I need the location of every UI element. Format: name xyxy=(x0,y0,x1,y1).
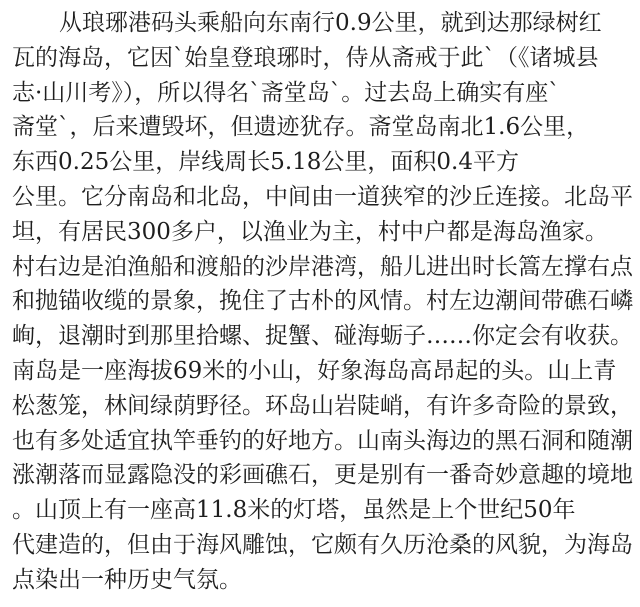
text-line: 坦，有居民300多户，以渔业为主，村中户都是海岛渔家。 xyxy=(12,215,632,250)
document-body: 从琅琊港码头乘船向东南行0.9公里，就到达那绿树红 瓦的海岛，它因`始皇登琅琊时… xyxy=(12,6,632,598)
text-line: 也有多处适宜执竿垂钓的好地方。山南头海边的黑石洞和随潮 xyxy=(12,424,632,459)
text-line: 南岛是一座海拔69米的小山，好象海岛高昂起的头。山上青 xyxy=(12,354,632,389)
text-line: 点染出一种历史气氛。 xyxy=(12,563,632,598)
text-line: 公里。它分南岛和北岛，中间由一道狭窄的沙丘连接。北岛平 xyxy=(12,180,632,215)
text-line: 峋，退潮时到那里拾螺、捉蟹、碰海蛎子……你定会有收获。 xyxy=(12,319,632,354)
text-line: 东西0.25公里，岸线周长5.18公里，面积0.4平方 xyxy=(12,145,632,180)
text-line: 涨潮落而显露隐没的彩画礁石，更是别有一番奇妙意趣的境地 xyxy=(12,458,632,493)
text-line: 松葱笼，林间绿荫野径。环岛山岩陡峭，有许多奇险的景致， xyxy=(12,389,632,424)
text-line: 斋堂`，后来遭毁坏，但遗迹犹存。斋堂岛南北1.6公里， xyxy=(12,110,632,145)
text-line: 从琅琊港码头乘船向东南行0.9公里，就到达那绿树红 xyxy=(12,6,632,41)
text-line: 。山顶上有一座高11.8米的灯塔，虽然是上个世纪50年 xyxy=(12,493,632,528)
text-line: 代建造的，但由于海风雕蚀，它颇有久历沧桑的风貌，为海岛 xyxy=(12,528,632,563)
text-line: 志·山川考》），所以得名`斋堂岛`。过去岛上确实有座` xyxy=(12,76,632,111)
text-line: 瓦的海岛，它因`始皇登琅琊时，侍从斋戒于此`（《诸城县 xyxy=(12,41,632,76)
text-line: 和抛锚收缆的景象，挽住了古朴的风情。村左边潮间带礁石嶙 xyxy=(12,284,632,319)
text-line: 村右边是泊渔船和渡船的沙岸港湾，船儿进出时长篙左撑右点 xyxy=(12,250,632,285)
